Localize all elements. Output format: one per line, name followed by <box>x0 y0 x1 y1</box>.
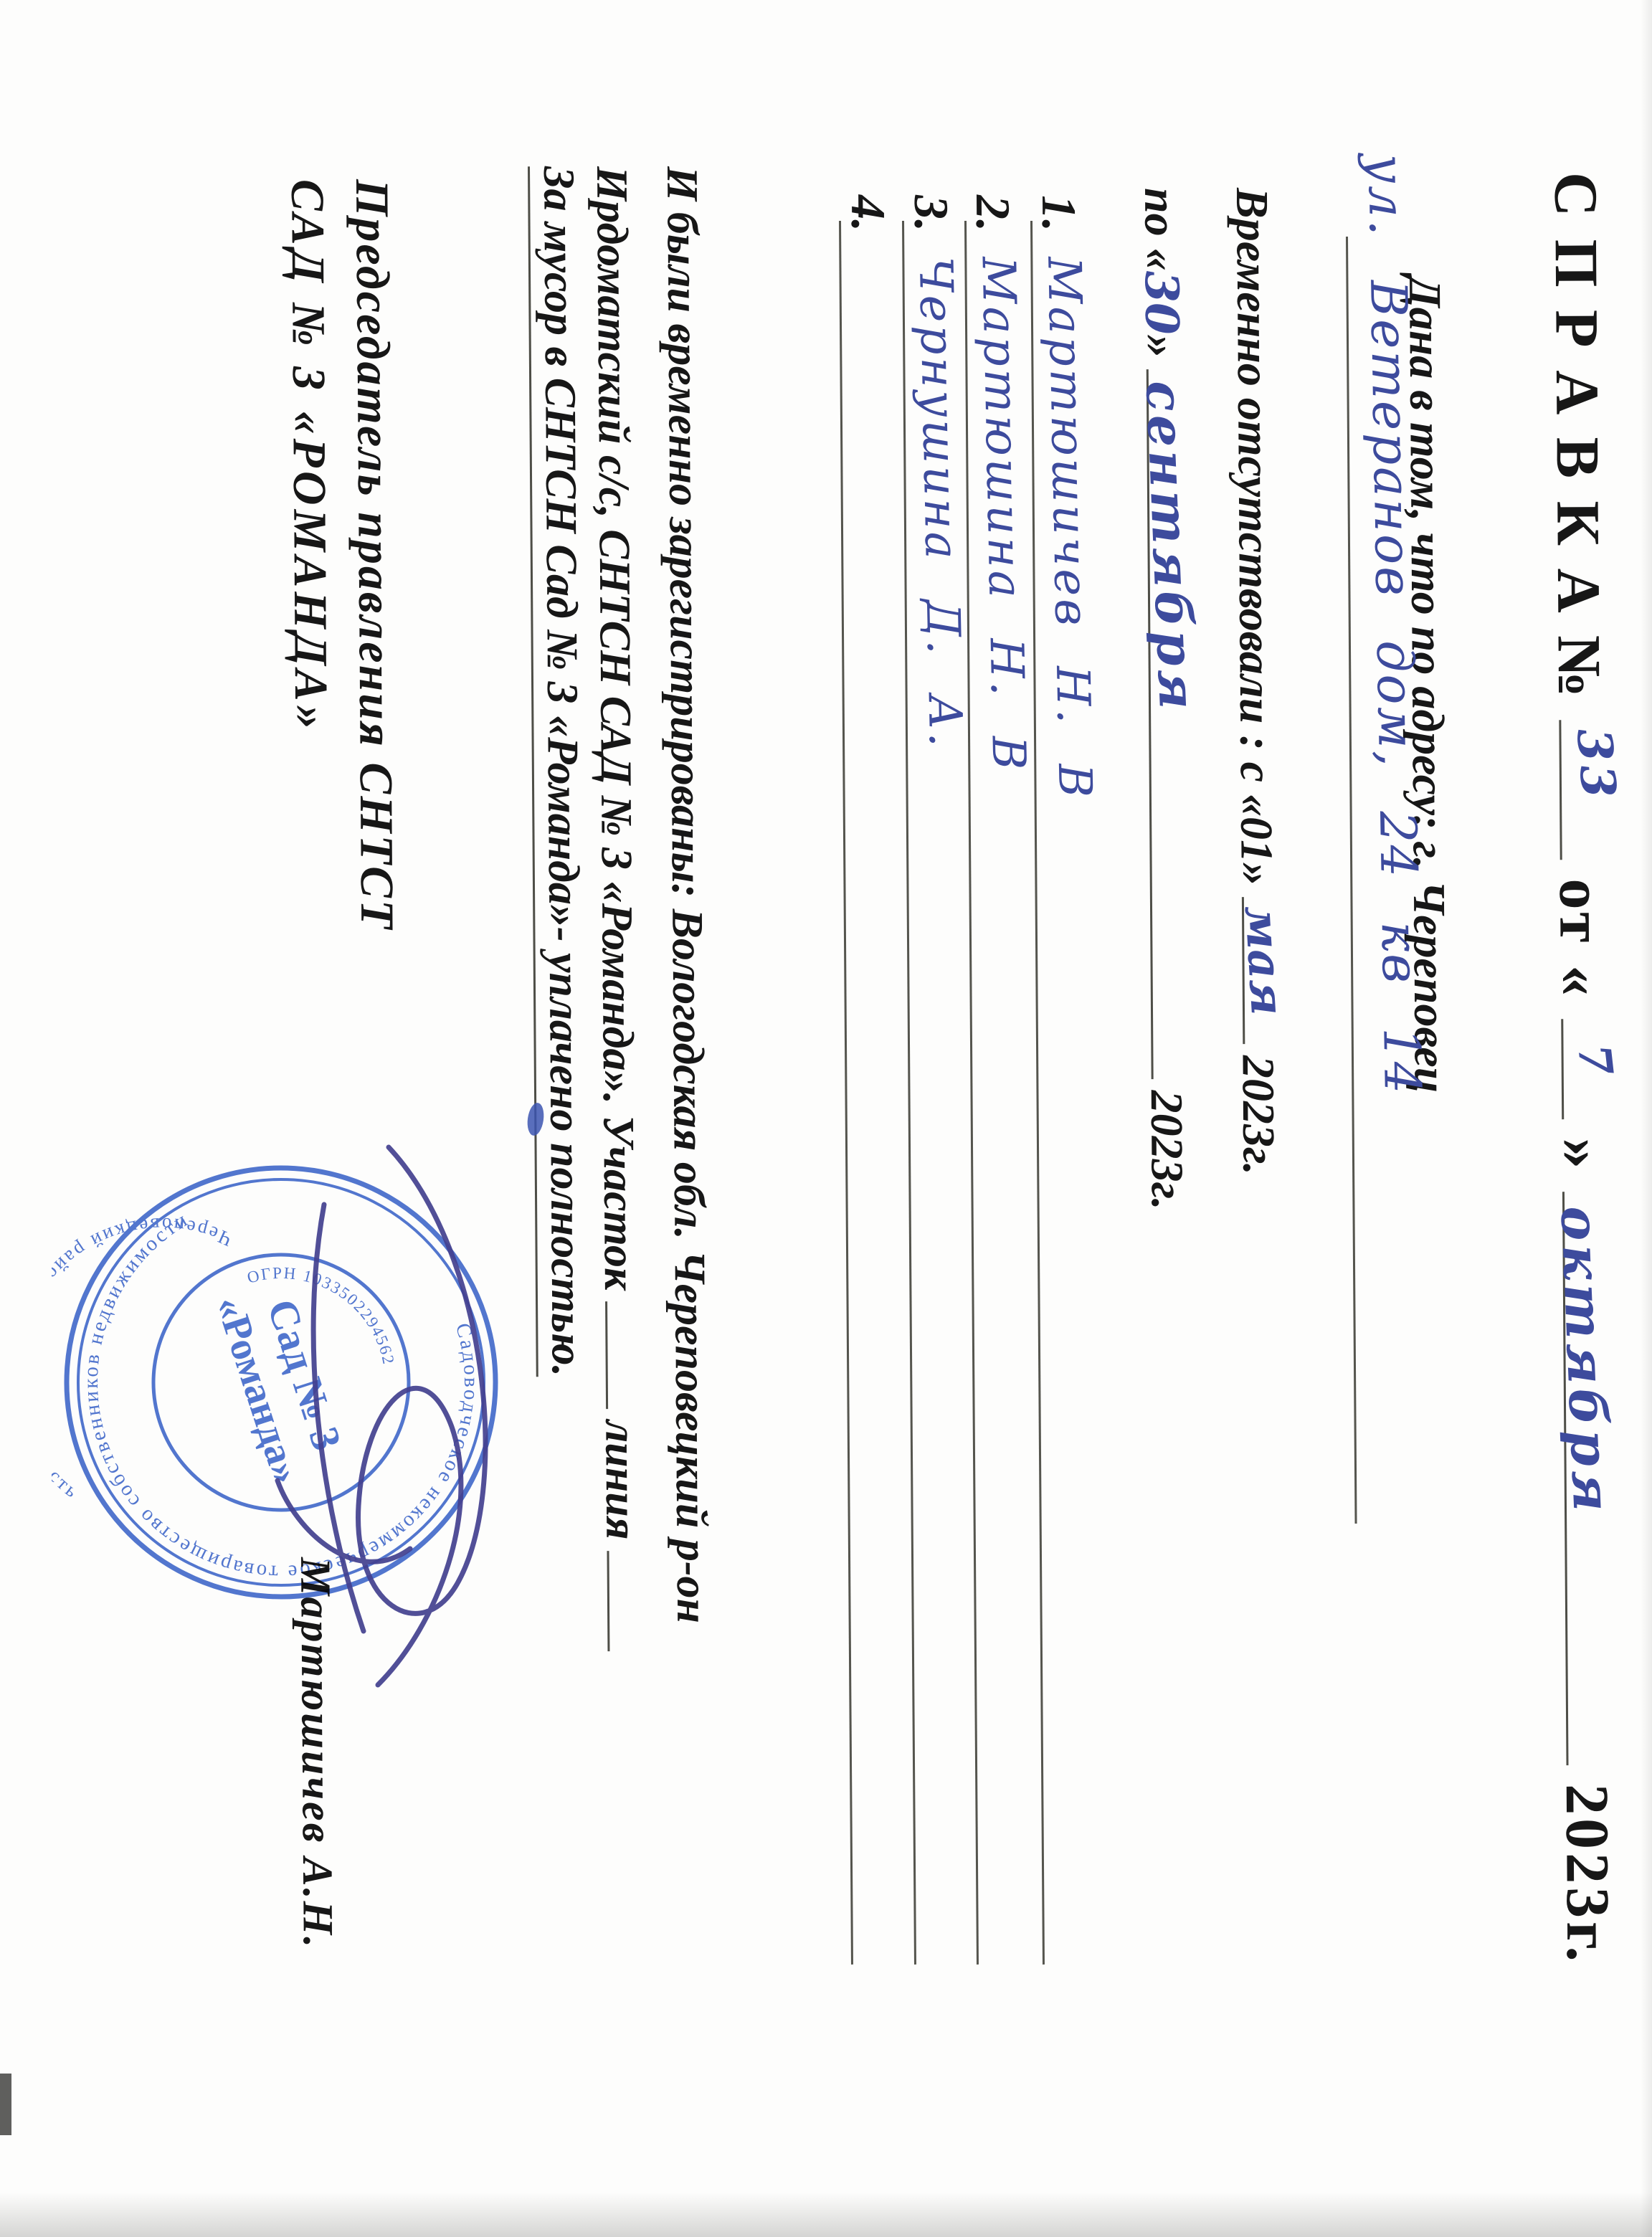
signature-tail <box>277 1481 410 1562</box>
day-handwritten: 7 <box>1567 1041 1623 1081</box>
title-year: 2023г. <box>1553 1784 1623 1966</box>
scanned-certificate: С П Р А В К А № 33 от « 7 » октября 2023… <box>0 0 1652 2237</box>
document-sheet: С П Р А В К А № 33 от « 7 » октября 2023… <box>0 0 1652 2237</box>
to-day-handwritten: 30 <box>1134 270 1189 335</box>
list-number-1: 1. <box>1030 195 1087 232</box>
scan-edge-shadow <box>0 2193 1652 2237</box>
to-month-handwritten: сентября <box>1134 379 1207 713</box>
title-from-label: от « <box>1547 878 1616 999</box>
scan-edge-mark <box>0 2074 11 2135</box>
title-label: С П Р А В К А № <box>1542 172 1614 701</box>
title-quote-close: » <box>1548 1138 1617 1173</box>
absent-month-handwritten: мая <box>1234 904 1294 1017</box>
month-handwritten: октября <box>1549 1205 1623 1516</box>
signature-strokes <box>231 1118 539 1735</box>
signature-loop-main <box>359 1147 485 1685</box>
linia-blank <box>607 1551 654 1651</box>
absent-year: 2023г. <box>1233 1055 1284 1175</box>
list-number-4: 4. <box>840 195 896 232</box>
to-prefix: по « <box>1135 188 1187 271</box>
linia-label: линия <box>596 1420 645 1540</box>
list-number-2: 2. <box>964 195 1021 232</box>
registered-line-2-text: Ирдоматский с/с, СНТСН САД № 3 «Романда»… <box>587 166 644 1291</box>
to-quote-close: » <box>1136 334 1187 357</box>
title-day-blank: 7 <box>1561 1018 1625 1119</box>
signature-stroke-2 <box>313 1205 364 1631</box>
absent-to-line: по «30» сентября 2023г. <box>1134 188 1200 1210</box>
absent-line: Временно отсутствовали : с «01» мая 2023… <box>1225 188 1292 1175</box>
chairman-line-1: Председатель правления СНТСТ <box>344 179 404 931</box>
registered-line-1: И были временно зарегистрированы: Волого… <box>656 166 717 1623</box>
to-month-blank: сентября <box>1147 369 1200 1078</box>
list-number-3: 3. <box>903 195 959 232</box>
certificate-number-handwritten: 33 <box>1566 726 1628 804</box>
absent-prefix: Временно отсутствовали : с «01» <box>1227 188 1283 885</box>
chairman-line-2: САД № 3 «РОМАНДА» <box>280 179 338 733</box>
list-name-2: Мартюшина Н. В <box>971 256 1035 773</box>
absent-month-blank: мая <box>1242 897 1291 1044</box>
title-line: С П Р А В К А № 33 от « 7 » октября 2023… <box>1540 172 1631 1966</box>
list-name-1: Мартюшичев Н. В <box>1037 256 1101 801</box>
registered-line-2: Ирдоматский с/с, СНТСН САД № 3 «Романда»… <box>586 166 654 1652</box>
title-number-blank: 33 <box>1559 719 1623 860</box>
scan-edge-shadow-right <box>1641 0 1652 2237</box>
list-name-3: Чернушина Д. А. <box>908 256 972 750</box>
to-year: 2023г. <box>1141 1090 1193 1210</box>
list-rule-4 <box>839 221 853 1965</box>
address-rule <box>1346 237 1357 1524</box>
title-month-blank: октября <box>1562 1191 1630 1765</box>
plot-blank <box>605 1301 652 1409</box>
